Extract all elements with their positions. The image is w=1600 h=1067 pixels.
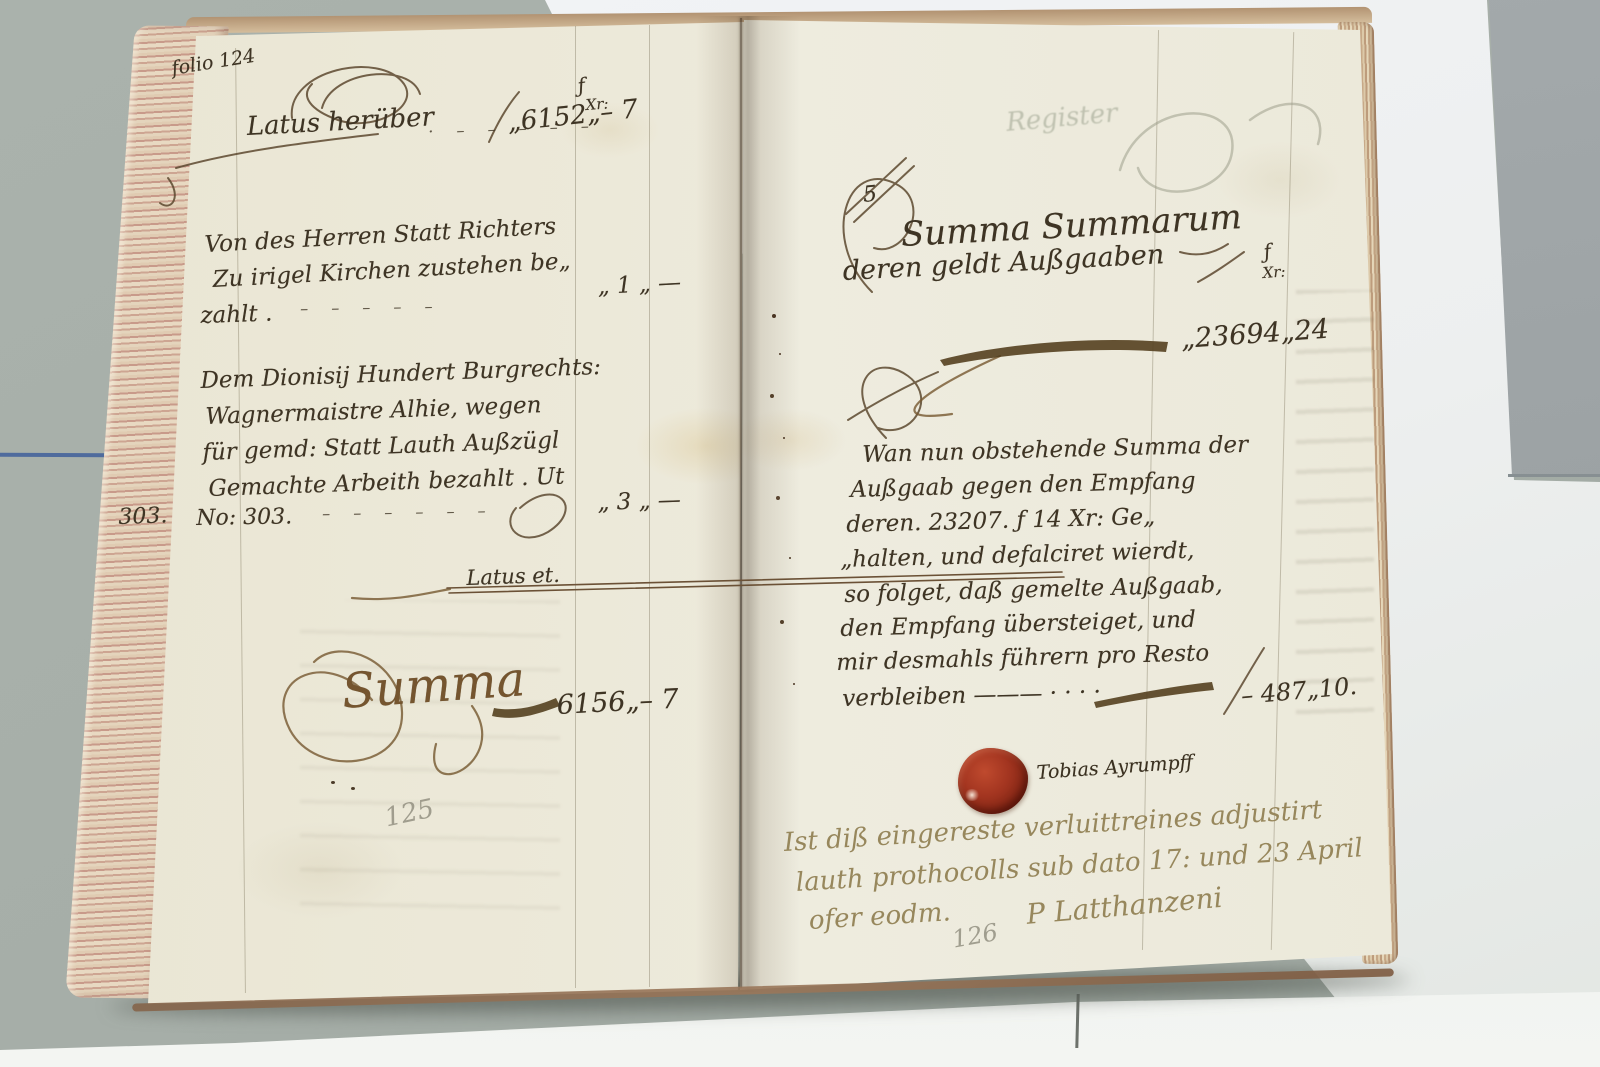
ink-dot: [351, 787, 355, 790]
ink-dot: [331, 781, 335, 784]
margin-number: 303.: [118, 503, 168, 530]
dotted-leaders: – – – – – –: [322, 501, 495, 523]
amount-column-rule: [575, 26, 576, 988]
summa-amount: 6156„– 7: [556, 684, 679, 721]
kreuzer-label: Xr:: [1262, 262, 1286, 282]
entry-line: zahlt .: [200, 300, 273, 328]
latus-et-label: Latus et.: [466, 563, 560, 590]
bleedthrough-texture: [1296, 290, 1374, 720]
reference-label: No: 303.: [196, 504, 292, 531]
entry-amount: „ 1 „ —: [597, 270, 682, 300]
bleedthrough-texture: [300, 600, 560, 920]
ink-spots: [772, 314, 776, 318]
photo-scene: folio 124 ƒ Xr: Latus herüber · – – – – …: [0, 0, 1600, 1067]
book-fold-line: [740, 18, 742, 988]
dotted-leaders: – – – – –: [300, 297, 442, 318]
entry-amount: „ 3 „ —: [597, 487, 681, 516]
flourish-numeral: 5: [862, 182, 878, 208]
blue-tile-seam: [0, 453, 112, 458]
tile-seam: [1508, 474, 1600, 477]
